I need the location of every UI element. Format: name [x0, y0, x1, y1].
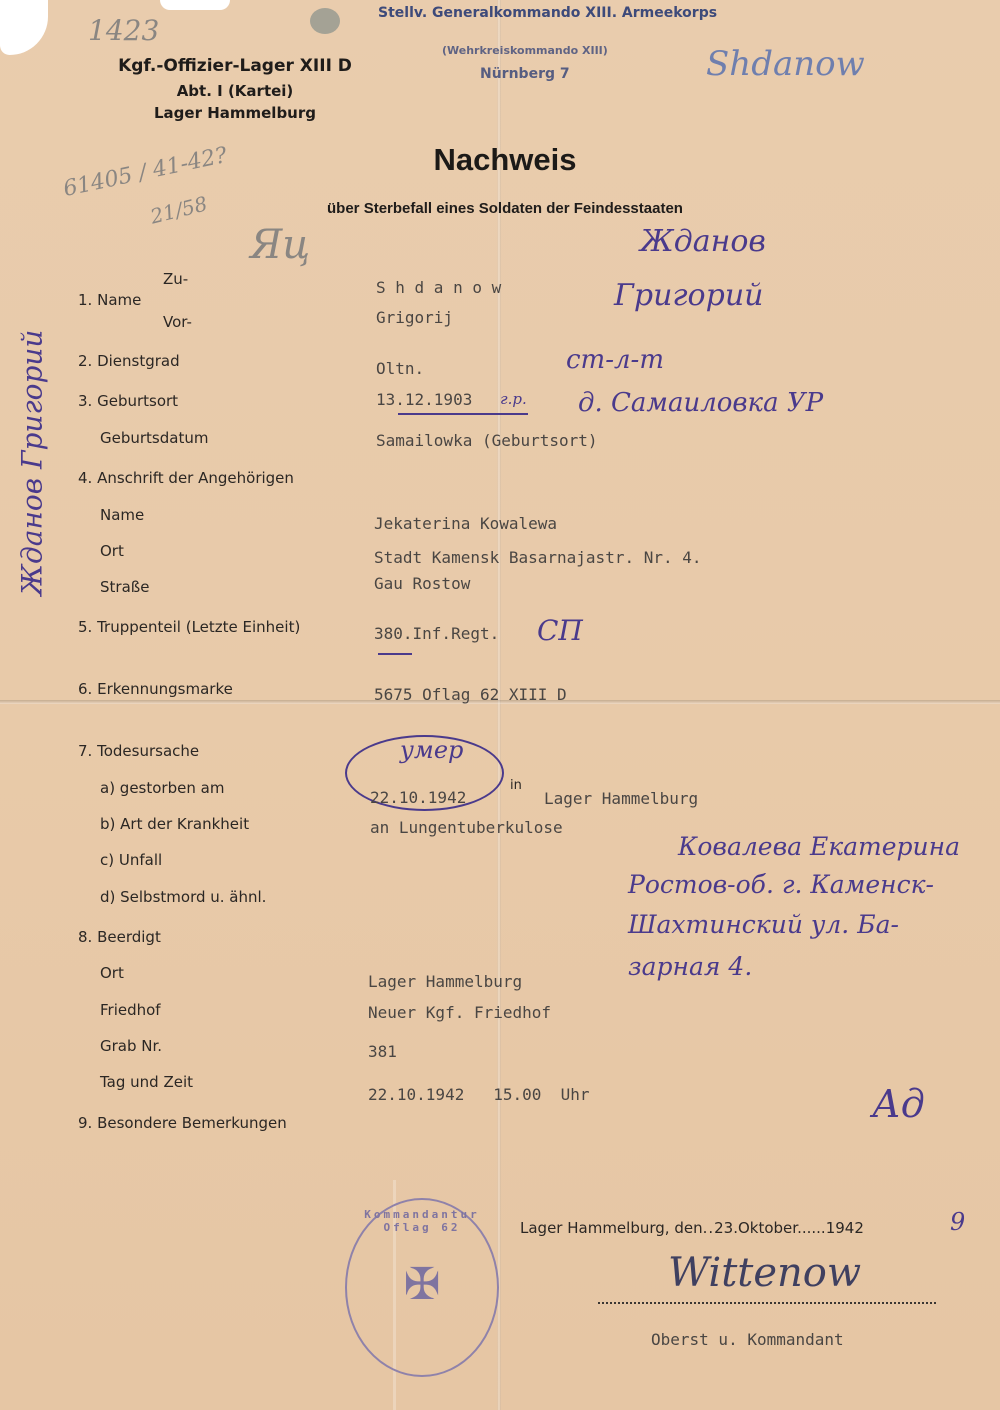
handwritten-birthplace-ru: д. Самаиловка УР: [578, 388, 823, 418]
label-grave-number: Grab Nr.: [100, 1037, 162, 1055]
field-number: 6.: [78, 680, 92, 698]
handwritten-address-line3: Шахтинский ул. Ба-: [628, 910, 899, 939]
torn-edge: [160, 0, 230, 10]
label-firstname-prefix: Vor-: [163, 313, 192, 331]
field-label: Name: [97, 291, 141, 309]
header-camp: Kgf.-Offizier-Lager XIII D: [75, 56, 395, 76]
eagle-emblem-icon: ✠: [392, 1250, 452, 1320]
label-relatives-address: 4. Anschrift der Angehörigen: [78, 469, 294, 487]
value-birthdate: 13.12.1903: [376, 390, 472, 409]
label-surname-prefix: Zu-: [163, 270, 188, 288]
field-label: Beerdigt: [97, 928, 161, 946]
field-label: Truppenteil (Letzte Einheit): [97, 618, 300, 636]
field-number: 9.: [78, 1114, 92, 1132]
value-id-tag: 5675 Oflag 62 XIII D: [374, 685, 567, 704]
label-birthplace: 3. Geburtsort: [78, 392, 178, 410]
handwritten-unit-ru: СП: [537, 614, 583, 647]
field-number: 1.: [78, 291, 92, 309]
handwritten-address-line2: Ростов-об. г. Каменск-: [628, 870, 934, 899]
label-rank: 2. Dienstgrad: [78, 352, 180, 370]
handwritten-surname-latin: Shdanow: [706, 44, 865, 84]
field-label: Anschrift der Angehörigen: [97, 469, 294, 487]
torn-corner: [0, 0, 48, 55]
handwritten-surname-ru: Жданов: [640, 224, 766, 259]
footer-place-prefix: Lager Hammelburg, den: [520, 1219, 703, 1237]
footer-date: 23.Oktober: [714, 1219, 797, 1237]
pencil-ref-2: 21/58: [148, 191, 210, 228]
stamp-top-line2: (Wehrkreiskommando XIII): [442, 44, 608, 57]
value-grave-number: 381: [368, 1042, 397, 1061]
value-burial-place: Lager Hammelburg: [368, 972, 522, 991]
value-relative-name: Jekaterina Kowalewa: [374, 514, 557, 533]
field-number: 3.: [78, 392, 92, 410]
field-number: 4.: [78, 469, 92, 487]
label-name: 1. Name: [78, 291, 141, 309]
ink-blot: [310, 8, 340, 34]
value-firstname: Grigorij: [376, 308, 453, 327]
pencil-number: 1423: [88, 14, 159, 47]
label-died-on: a) gestorben am: [100, 779, 224, 797]
value-illness: an Lungentuberkulose: [370, 818, 563, 837]
commander-signature: Wittenow: [668, 1250, 861, 1296]
document-title: Nachweis: [300, 142, 710, 178]
signature-line: [598, 1302, 936, 1304]
label-id-tag: 6. Erkennungsmarke: [78, 680, 233, 698]
label-birthdate: Geburtsdatum: [100, 429, 208, 447]
handwritten-address-line1: Ковалева Екатерина: [678, 832, 960, 861]
value-unit: 380.Inf.Regt.: [374, 624, 499, 643]
field-number: 2.: [78, 352, 92, 370]
underline-mark: [378, 653, 412, 655]
label-relative-street: Straße: [100, 578, 149, 596]
handwritten-died-ru: умер: [400, 736, 463, 764]
label-cause-of-death: 7. Todesursache: [78, 742, 199, 760]
header-location: Lager Hammelburg: [75, 104, 395, 122]
pencil-initials: Яц: [250, 222, 310, 268]
field-label: Dienstgrad: [97, 352, 180, 370]
field-number: 8.: [78, 928, 92, 946]
underline-mark: [398, 413, 528, 415]
value-death-place: Lager Hammelburg: [544, 789, 698, 808]
label-buried: 8. Beerdigt: [78, 928, 161, 946]
value-relative-street: Gau Rostow: [374, 574, 470, 593]
value-burial-datetime: 22.10.1942 15.00 Uhr: [368, 1085, 590, 1104]
field-label: Erkennungsmarke: [97, 680, 233, 698]
label-illness: b) Art der Krankheit: [100, 815, 249, 833]
label-suicide: d) Selbstmord u. ähnl.: [100, 888, 266, 906]
footer-place-date: Lager Hammelburg, den..23.Oktober......1…: [520, 1219, 864, 1237]
handwritten-initials-ru: Ад: [872, 1082, 925, 1126]
signer-title: Oberst u. Kommandant: [651, 1330, 844, 1349]
handwritten-margin-name: Жданов Григорий: [16, 283, 49, 643]
field-label: Besondere Bemerkungen: [97, 1114, 287, 1132]
label-relative-name: Name: [100, 506, 144, 524]
seal-text: Kommandantur Oflag 62: [347, 1208, 497, 1234]
value-surname: S h d a n o w: [376, 278, 501, 297]
label-accident: c) Unfall: [100, 851, 162, 869]
label-in: in: [510, 778, 522, 793]
label-relative-place: Ort: [100, 542, 124, 560]
handwritten-firstname-ru: Григорий: [614, 278, 763, 313]
official-seal: Kommandantur Oflag 62 ✠: [345, 1198, 499, 1377]
field-number: 7.: [78, 742, 92, 760]
value-cemetery: Neuer Kgf. Friedhof: [368, 1003, 551, 1022]
label-unit: 5. Truppenteil (Letzte Einheit): [78, 618, 300, 636]
label-remarks: 9. Besondere Bemerkungen: [78, 1114, 287, 1132]
footer-year: 1942: [826, 1219, 864, 1237]
handwritten-date-suffix: 9: [950, 1208, 965, 1236]
field-label: Todesursache: [97, 742, 199, 760]
label-burial-datetime: Tag und Zeit: [100, 1073, 193, 1091]
stamp-top-line1: Stellv. Generalkommando XIII. Armeekorps: [378, 5, 717, 21]
value-relative-place: Stadt Kamensk Basarnajastr. Nr. 4.: [374, 548, 702, 567]
field-label: Geburtsort: [97, 392, 178, 410]
value-birthplace: Samailowka (Geburtsort): [376, 431, 598, 450]
document-subtitle: über Sterbefall eines Soldaten der Feind…: [190, 200, 820, 217]
label-cemetery: Friedhof: [100, 1001, 161, 1019]
stamp-top-line3: Nürnberg 7: [480, 66, 570, 82]
handwritten-address-line4: зарная 4.: [628, 952, 752, 981]
handwritten-birthyear-suffix: г.р.: [500, 390, 527, 408]
label-burial-place: Ort: [100, 964, 124, 982]
value-rank: Oltn.: [376, 359, 424, 378]
field-number: 5.: [78, 618, 92, 636]
handwritten-rank-ru: ст-л-т: [566, 345, 664, 375]
header-department: Abt. I (Kartei): [75, 82, 395, 100]
value-death-date: 22.10.1942: [370, 788, 466, 807]
